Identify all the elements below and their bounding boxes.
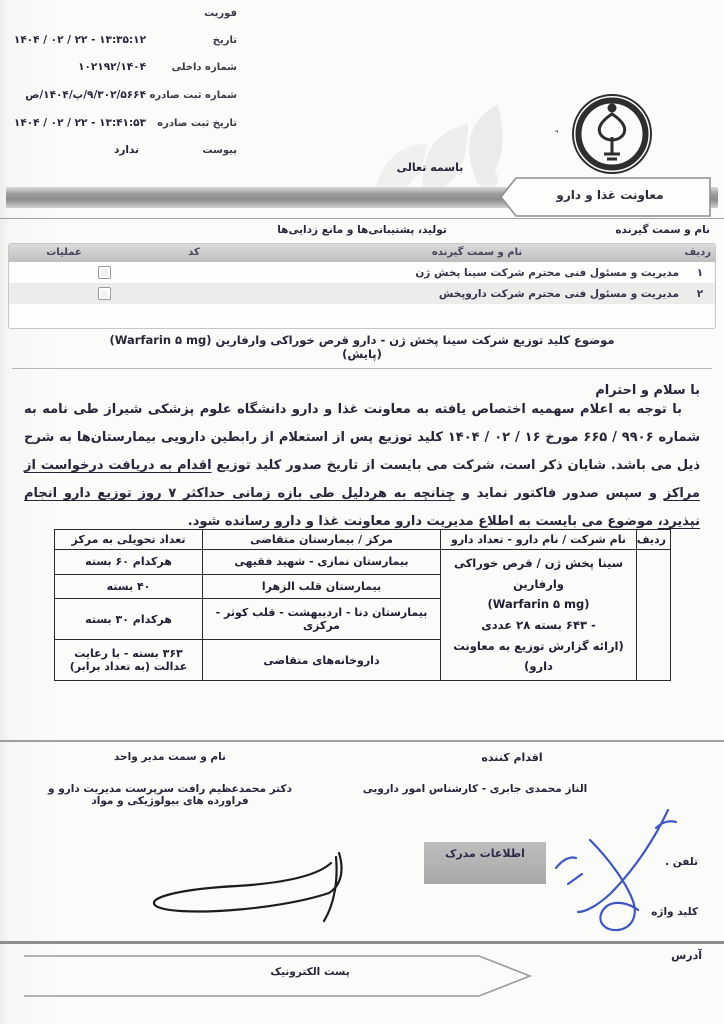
phone-row: تلفن . — [665, 856, 698, 868]
rec-row-code — [119, 283, 269, 304]
subject-divider — [12, 368, 712, 369]
letter-body: با توجه به اعلام سهمیه اختصاص یافته به م… — [24, 396, 700, 536]
operation-icon[interactable] — [98, 266, 111, 279]
recipient-row: ۲ مدیریت و مسئول فنی محترم شرکت داروپخش — [9, 283, 715, 304]
internal-no-value: ۱۰۲۱۹۲/۱۴۰۴ — [78, 61, 146, 73]
operation-icon[interactable] — [98, 287, 111, 300]
rec-header-operations: عملیات — [9, 244, 119, 262]
drug-line: وارفارین — [445, 574, 632, 595]
black-signature — [143, 845, 363, 930]
body-text: و سپس صدور فاکتور نماید و — [455, 486, 664, 501]
actor-name: الناز محمدی جابری - کارشناس امور دارویی — [360, 783, 590, 795]
recipient-table: ردیف نام و سمت گیرنده کد عملیات ۱ مدیریت… — [8, 243, 716, 329]
header-divider — [0, 218, 724, 219]
date-label: تاریخ — [213, 35, 237, 46]
actor-label: اقدام کننده — [452, 751, 572, 764]
deputy-banner-label: معاونت غذا و دارو — [520, 188, 700, 202]
logo-top-text: دانشگاه علوم پزشکی و خدمات بهداشتی درمان… — [546, 70, 560, 133]
internal-no-label: شماره داخلی — [172, 62, 237, 73]
alloc-header-row: ردیف — [637, 530, 671, 550]
drug-line: سینا پخش ژن / قرص خوراکی — [445, 553, 632, 574]
alloc-qty: ۳۶۳ بسته - با رعایت عدالت (به تعداد براب… — [55, 640, 203, 681]
issue-no-value: ۹/۳۰۲/۵۶۶۴/پ/۱۴۰۴/ص — [25, 89, 146, 101]
rec-header-row: ردیف — [685, 244, 715, 262]
rec-row-number: ۱ — [685, 262, 715, 284]
manager-name: دکتر محمدعظیم رافت سرپرست مدیریت دارو و … — [32, 783, 308, 807]
alloc-qty: هرکدام ۳۰ بسته — [55, 599, 203, 640]
rec-header-code: کد — [119, 244, 269, 262]
alloc-row-number — [637, 550, 671, 681]
allocation-table: ردیف نام شرکت / نام دارو - تعداد دارو مر… — [54, 529, 671, 681]
university-logo: دانشگاه علوم پزشکی و خدمات بهداشتی درمان… — [546, 70, 678, 184]
deputy-band: معاونت غذا و دارو — [0, 176, 724, 218]
besmele-text: باسمه تعالی — [370, 161, 490, 174]
alloc-center: بیمارستان نمازی - شهید فقیهی — [203, 550, 441, 575]
document-info-button[interactable]: اطلاعات مدرک — [424, 842, 546, 884]
alloc-drug-cell: سینا پخش ژن / قرص خوراکی وارفارین (Warfa… — [441, 550, 637, 681]
subject-line: موضوع کلید توزیع شرکت سینا پخش ژن - دارو… — [90, 333, 634, 361]
drug-line: (Warfarin ۵ mg) — [445, 594, 632, 615]
svg-text:دانشگاه علوم پزشکی و خدمات بهد: دانشگاه علوم پزشکی و خدمات بهداشتی درمان… — [546, 70, 560, 133]
date-value: ۱۴۰۴ / ۰۲ / ۲۲ - ۱۳:۳۵:۱۲ — [14, 34, 146, 46]
alloc-center: بیمارستان قلب الزهرا — [203, 574, 441, 599]
keyword-label: کلید واژه — [651, 906, 698, 918]
body-text: موضوع می بایست به اطلاع مدیریت دارو معاو… — [188, 514, 658, 529]
alloc-qty: ۴۰ بسته — [55, 574, 203, 599]
svg-text:SHIRAZ UNIVERSITY OF MEDICAL S: SHIRAZ UNIVERSITY OF MEDICAL SCIENCES — [546, 70, 549, 72]
drug-line: - ۶۴۳ بسته ۲۸ عددی — [445, 615, 632, 636]
alloc-header-drug: نام شرکت / نام دارو - تعداد دارو — [441, 530, 637, 550]
alloc-header-center: مرکز / بیمارستان متقاضی — [203, 530, 441, 550]
rec-row-name: مدیریت و مسئول فنی محترم شرکت سینا پخش ژ… — [269, 262, 685, 284]
allocation-row: سینا پخش ژن / قرص خوراکی وارفارین (Warfa… — [55, 550, 671, 575]
year-slogan: تولید، پشتیبانی‌ها و مانع زدایی‌ها — [262, 224, 462, 236]
manager-label: نام و سمت مدیر واحد — [110, 751, 230, 763]
recipient-row: ۱ مدیریت و مسئول فنی محترم شرکت سینا پخش… — [9, 262, 715, 284]
alloc-center: بیمارستان دنا - اردیبهشت - قلب کوثر - مر… — [203, 599, 441, 640]
rec-row-number: ۲ — [685, 283, 715, 304]
alloc-center: داروخانه‌های متقاضی — [203, 640, 441, 681]
rec-header-name: نام و سمت گیرنده — [269, 244, 685, 262]
recipient-label: نام و سمت گیرنده — [615, 224, 710, 236]
footer-divider — [0, 941, 724, 944]
logo-caption: SHIRAZ UNIVERSITY OF MEDICAL SCIENCES — [546, 70, 549, 72]
drug-line: (ارائه گزارش توزیع به معاونت دارو) — [445, 636, 632, 677]
urgency-label: فوریت — [204, 8, 237, 19]
email-label: پست الکترونیک — [244, 966, 376, 978]
signature-divider — [0, 740, 724, 742]
issue-date-value: ۱۴۰۴ / ۰۲ / ۲۲ - ۱۳:۴۱:۵۳ — [14, 117, 146, 129]
issue-no-label: شماره ثبت صادره — [149, 90, 237, 101]
attachment-label: پیوست — [202, 145, 237, 156]
rec-row-code — [119, 262, 269, 284]
issue-date-label: تاریخ ثبت صادره — [157, 118, 237, 129]
attachment-value: ندارد — [114, 144, 139, 156]
phone-label: تلفن — [673, 856, 698, 868]
address-label: آدرس — [671, 949, 702, 962]
scanned-letter-page: فوریت تاریخ ۱۴۰۴ / ۰۲ / ۲۲ - ۱۳:۳۵:۱۲ شم… — [0, 0, 724, 1024]
phone-value: . — [665, 856, 669, 868]
alloc-header-qty: تعداد تحویلی به مرکز — [55, 530, 203, 550]
alloc-qty: هرکدام ۶۰ بسته — [55, 550, 203, 575]
blue-signature — [538, 806, 693, 941]
rec-row-name: مدیریت و مسئول فنی محترم شرکت داروپخش — [269, 283, 685, 304]
